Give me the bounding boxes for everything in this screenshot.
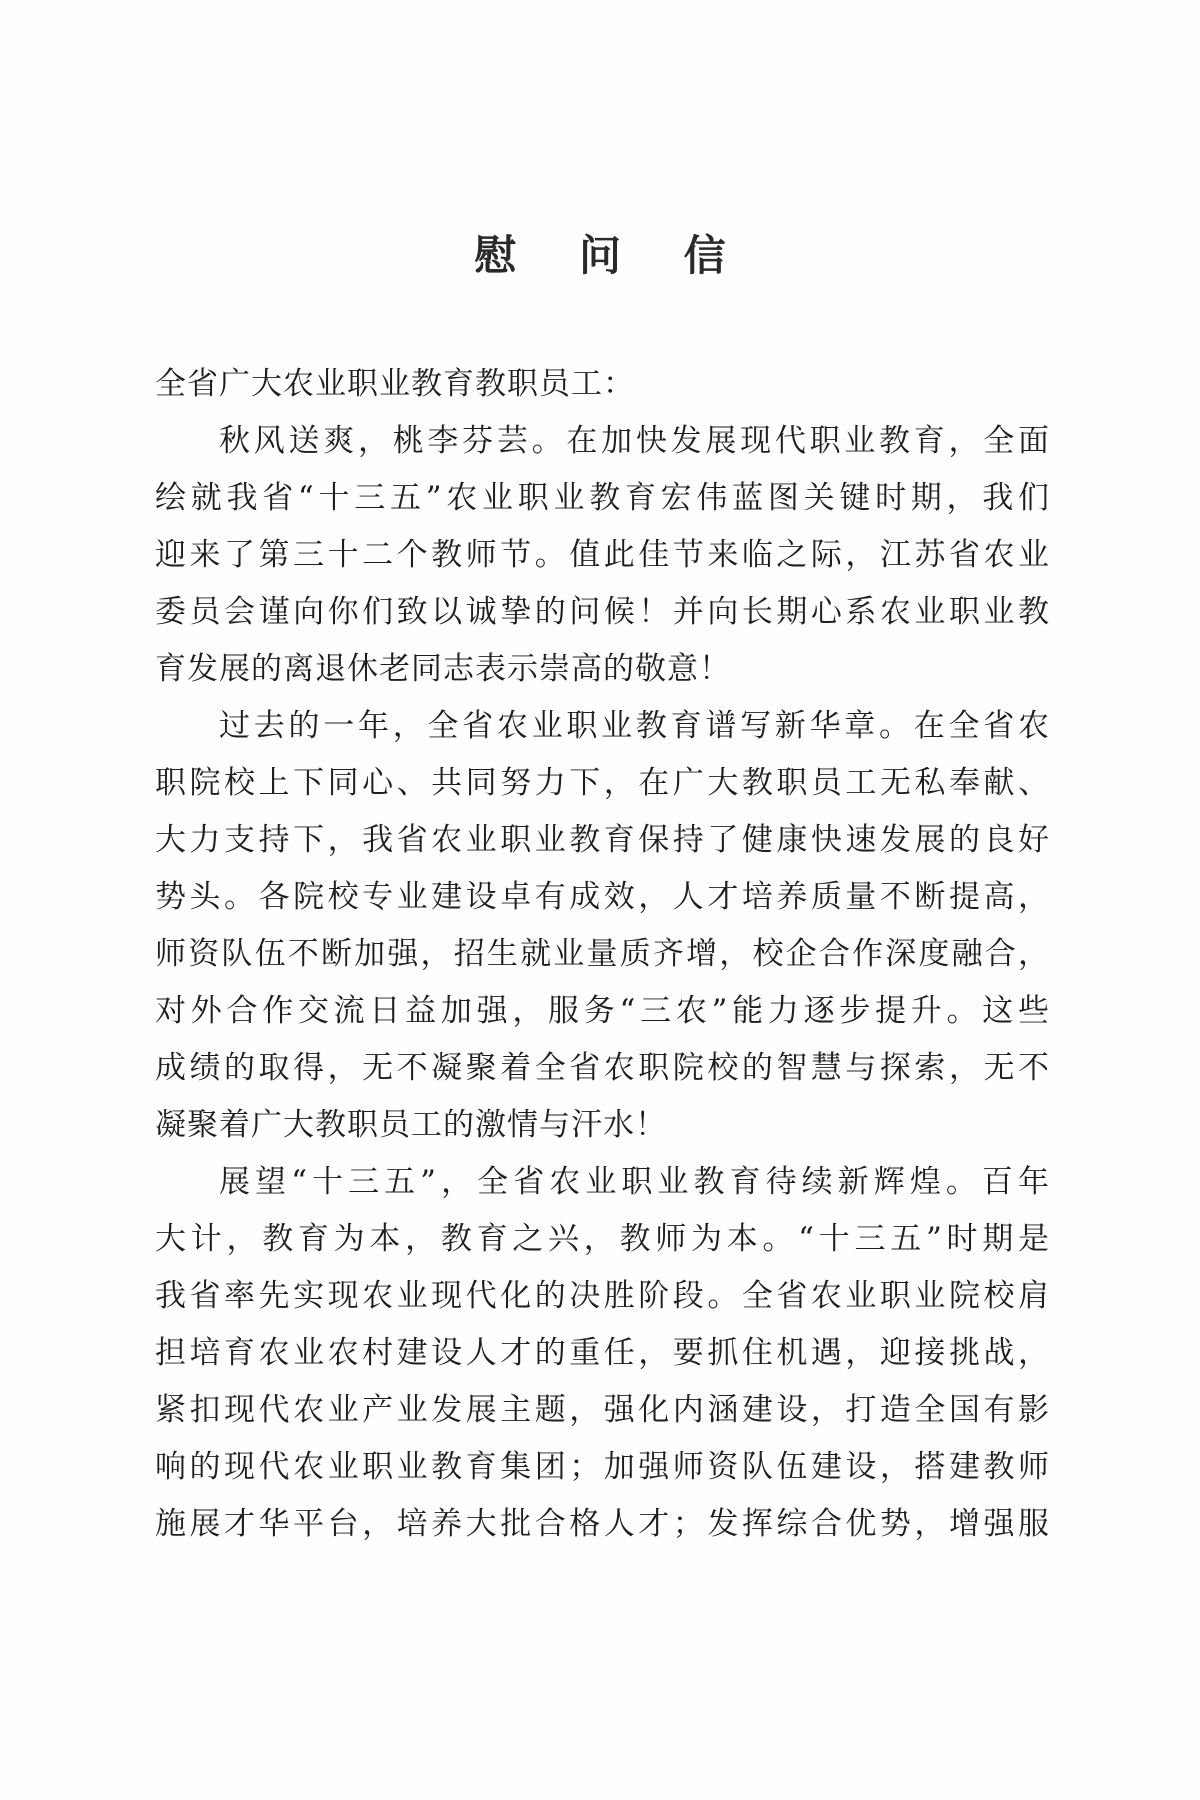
- paragraph-2-line-6: 对外合作交流日益加强，服务“三农”能力逐步提升。这些: [155, 983, 1050, 1040]
- paragraph-1-line-1: 秋风送爽，桃李芬芸。在加快发展现代职业教育，全面: [155, 413, 1050, 470]
- paragraph-1-line-3: 迎来了第三十二个教师节。值此佳节来临之际，江苏省农业: [155, 527, 1050, 584]
- paragraph-3-line-5: 紧扣现代农业产业发展主题，强化内涵建设，打造全国有影: [155, 1382, 1050, 1439]
- paragraph-1-line-5: 育发展的离退休老同志表示崇高的敬意！: [155, 641, 1050, 698]
- paragraph-2-line-7: 成绩的取得，无不凝聚着全省农职院校的智慧与探索，无不: [155, 1040, 1050, 1097]
- paragraph-2-line-2: 职院校上下同心、共同努力下，在广大教职员工无私奉献、: [155, 755, 1050, 812]
- paragraph-3-line-1: 展望“十三五”，全省农业职业教育待续新辉煌。百年: [155, 1154, 1050, 1211]
- paragraph-3-line-6: 响的现代农业职业教育集团；加强师资队伍建设，搭建教师: [155, 1439, 1050, 1496]
- paragraph-3-line-7: 施展才华平台，培养大批合格人才；发挥综合优势，增强服: [155, 1496, 1050, 1553]
- document-page: 慰 问 信 全省广大农业职业教育教职员工： 秋风送爽，桃李芬芸。在加快发展现代职…: [0, 0, 1200, 1800]
- paragraph-2-line-5: 师资队伍不断加强，招生就业量质齐增，校企合作深度融合，: [155, 926, 1050, 983]
- paragraph-1-line-2: 绘就我省“十三五”农业职业教育宏伟蓝图关键时期，我们: [155, 470, 1050, 527]
- paragraph-2-line-3: 大力支持下，我省农业职业教育保持了健康快速发展的良好: [155, 812, 1050, 869]
- paragraph-1-line-4: 委员会谨向你们致以诚挚的问候！并向长期心系农业职业教: [155, 584, 1050, 641]
- paragraph-2-line-8: 凝聚着广大教职员工的激情与汗水！: [155, 1097, 1050, 1154]
- document-title: 慰 问 信: [0, 226, 1200, 286]
- paragraph-3-line-3: 我省率先实现农业现代化的决胜阶段。全省农业职业院校肩: [155, 1268, 1050, 1325]
- letter-body: 全省广大农业职业教育教职员工： 秋风送爽，桃李芬芸。在加快发展现代职业教育，全面…: [155, 356, 1050, 1553]
- paragraph-3-line-4: 担培育农业农村建设人才的重任，要抓住机遇，迎接挑战，: [155, 1325, 1050, 1382]
- paragraph-2-line-4: 势头。各院校专业建设卓有成效，人才培养质量不断提高，: [155, 869, 1050, 926]
- paragraph-2-line-1: 过去的一年，全省农业职业教育谱写新华章。在全省农: [155, 698, 1050, 755]
- salutation: 全省广大农业职业教育教职员工：: [155, 356, 1050, 413]
- paragraph-3-line-2: 大计，教育为本，教育之兴，教师为本。“十三五”时期是: [155, 1211, 1050, 1268]
